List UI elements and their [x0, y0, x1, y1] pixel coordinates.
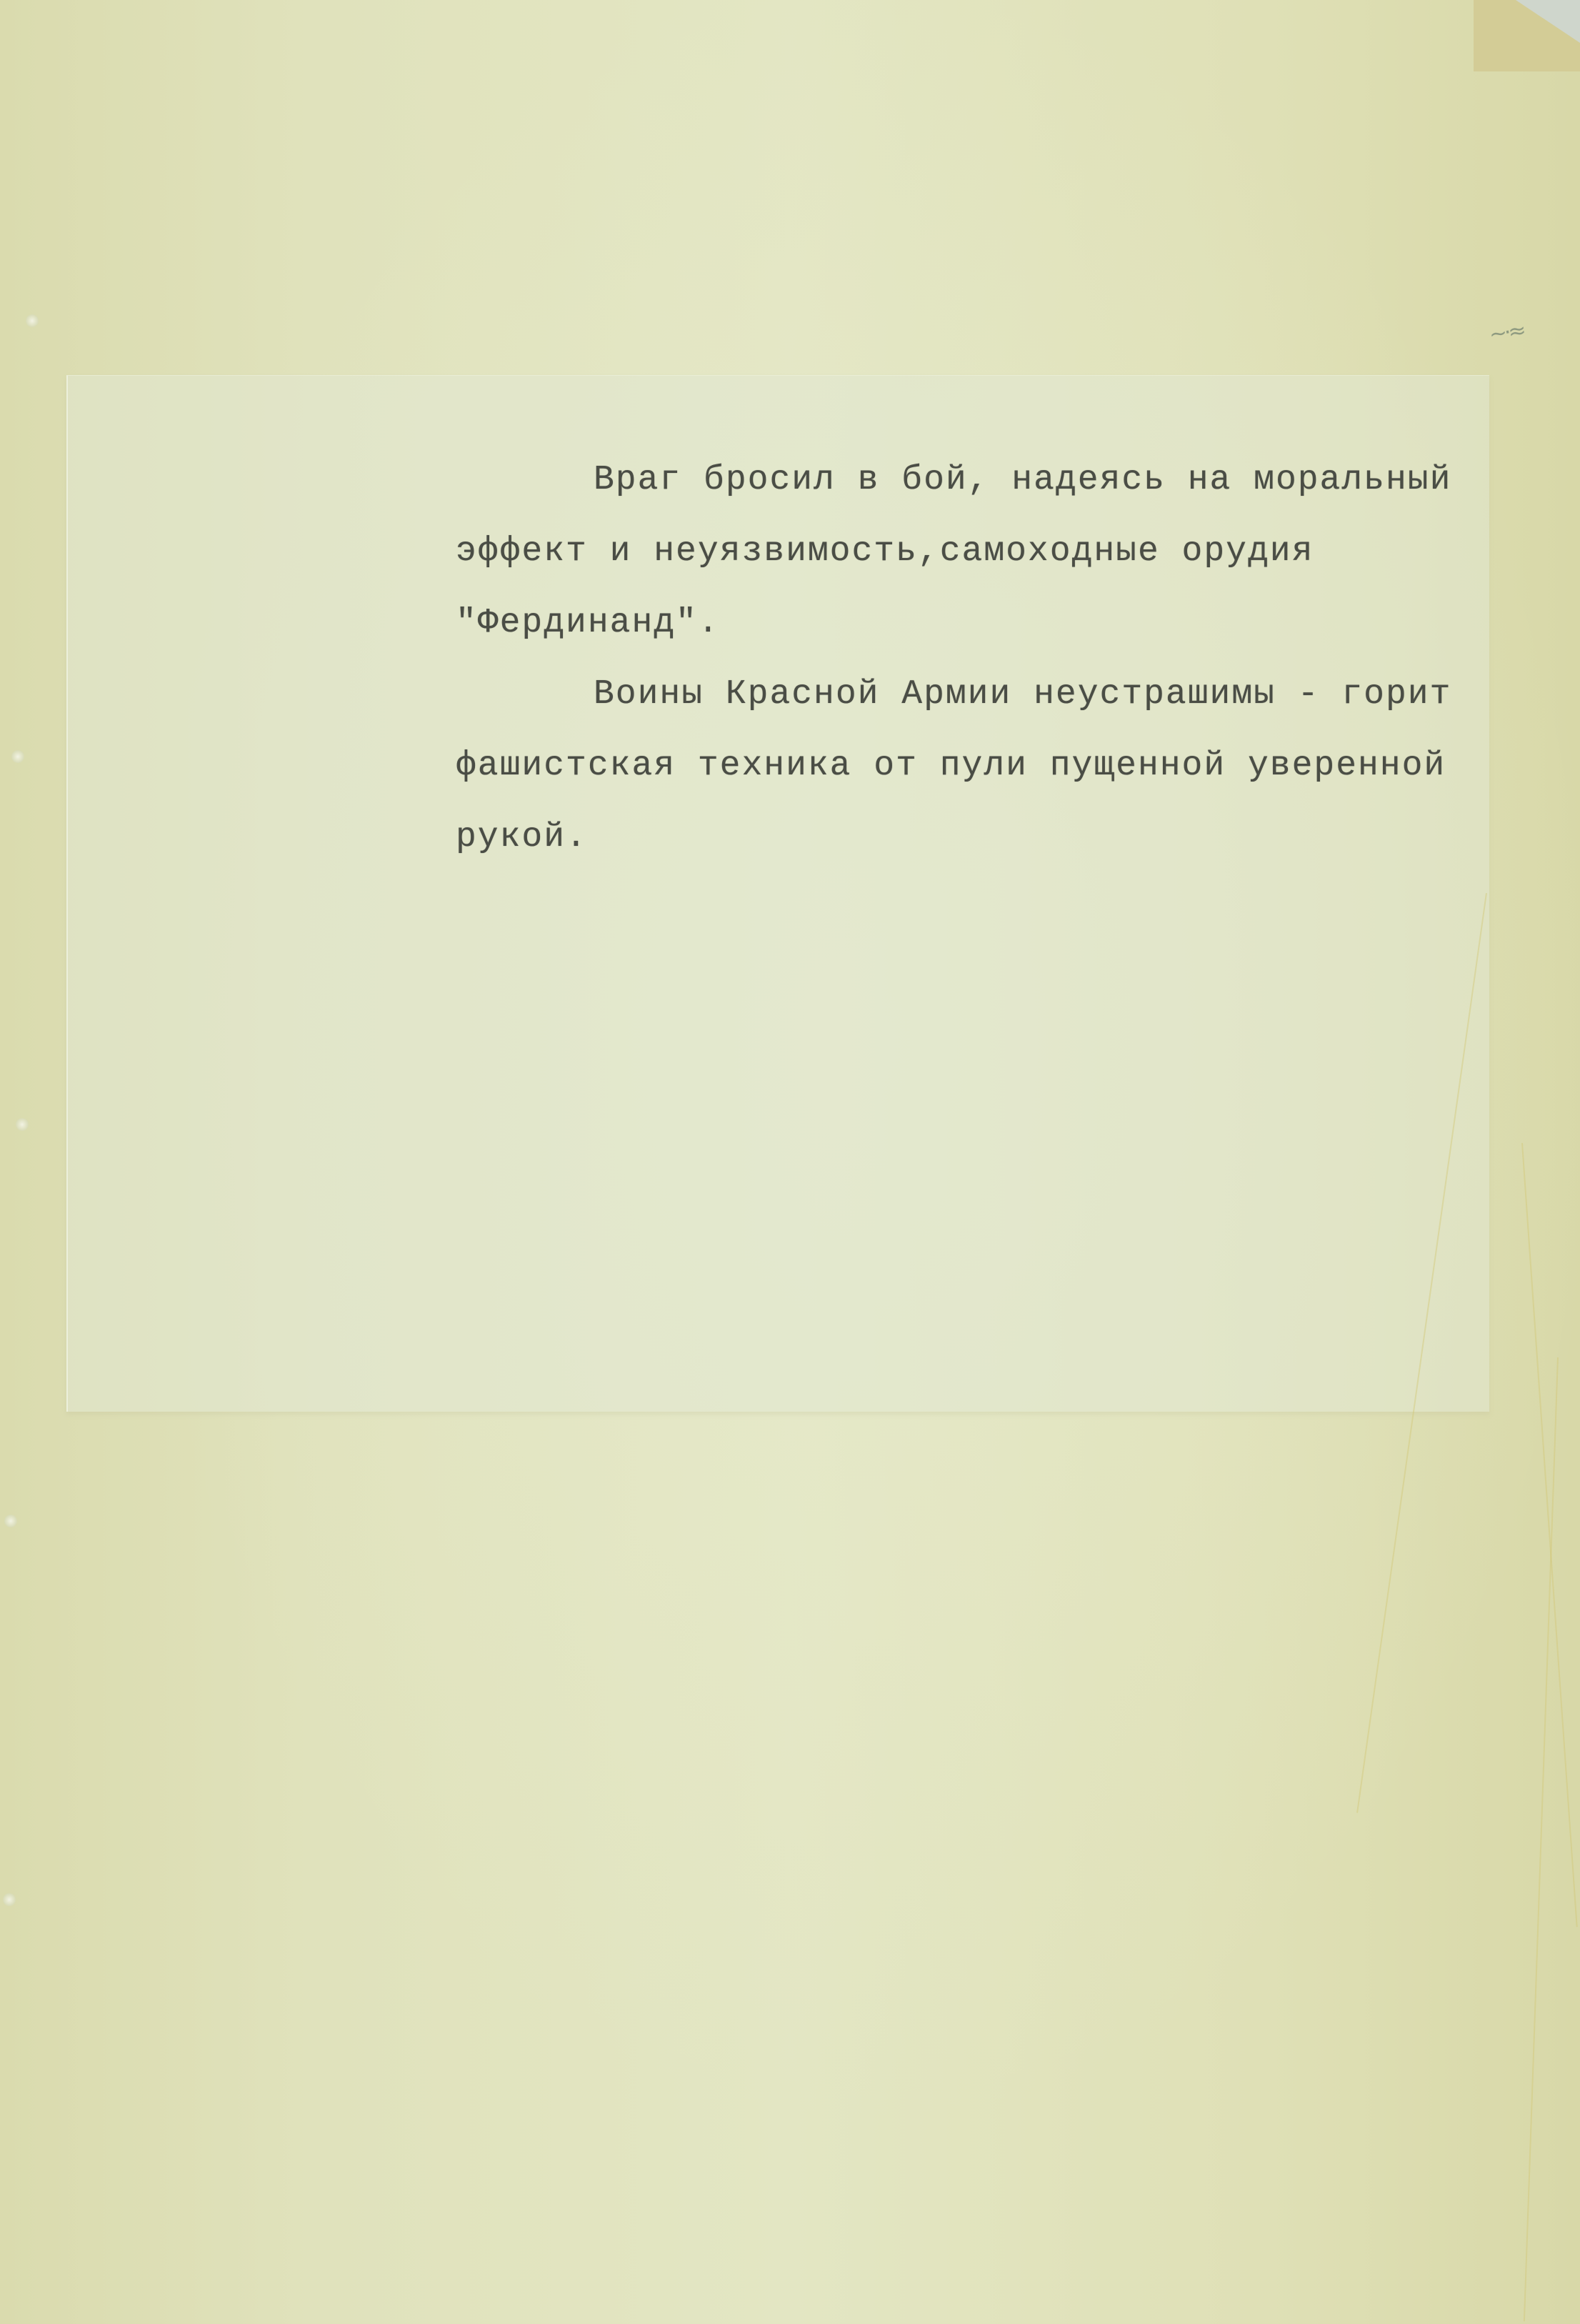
- folded-corner: [1516, 0, 1580, 43]
- pencil-smudge: ~·≈: [1488, 314, 1559, 351]
- paper-crease: [1521, 1143, 1578, 1927]
- punch-hole: [3, 1893, 16, 1906]
- punch-hole: [26, 314, 39, 327]
- typewritten-body: Враг бросил в бой, надеясь на моральный …: [456, 444, 1527, 873]
- paper-crease: [1524, 1357, 1559, 2321]
- text-line: рукой.: [456, 802, 1527, 873]
- punch-hole: [11, 750, 24, 763]
- text-line: Воины Красной Армии неустрашимы - горит: [456, 659, 1527, 730]
- text-line: фашистская техника от пули пущенной увер…: [456, 730, 1527, 802]
- text-line: эффект и неуязвимость,самоходные орудия: [456, 516, 1527, 587]
- text-line: Враг бросил в бой, надеясь на моральный: [456, 444, 1527, 516]
- punch-hole: [16, 1118, 29, 1131]
- document-page: ~·≈ Враг бросил в бой, надеясь на мораль…: [0, 0, 1580, 2324]
- text-line: "Фердинанд".: [456, 587, 1527, 659]
- punch-hole: [4, 1515, 17, 1527]
